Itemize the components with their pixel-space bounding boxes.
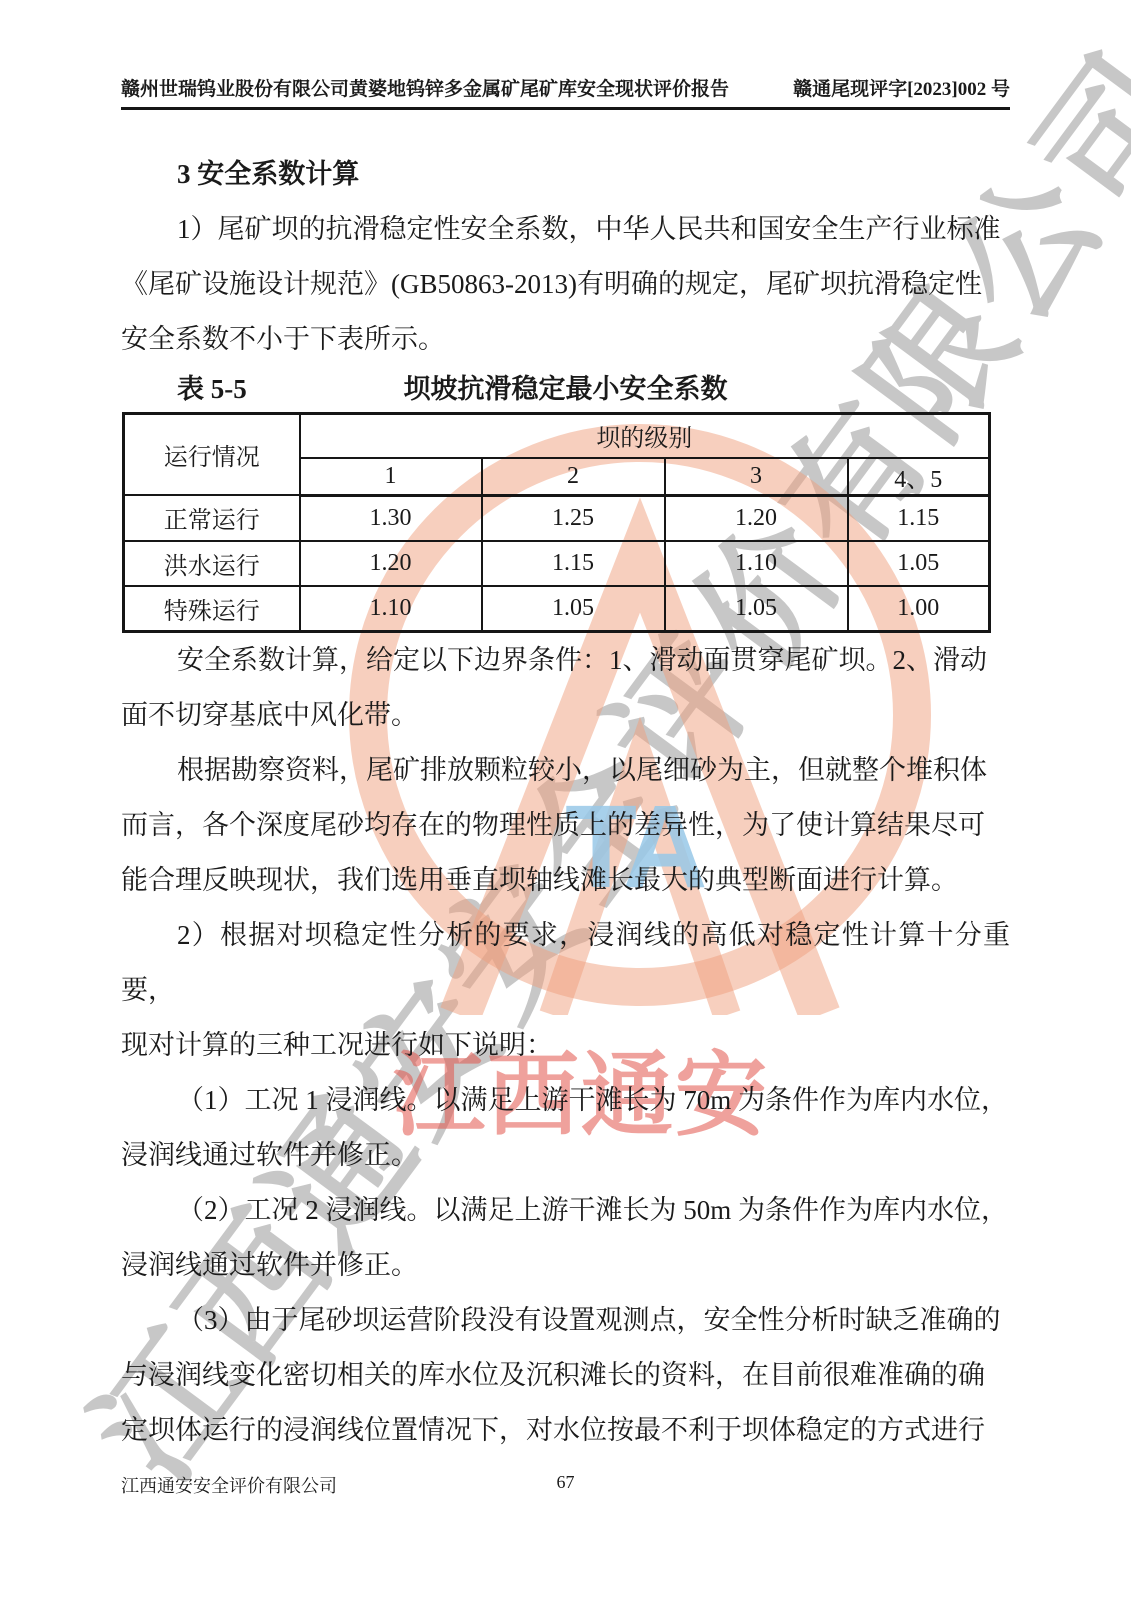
footer-company-name: 江西通安安全评价有限公司 xyxy=(121,1472,337,1498)
paragraph-3: 根据勘察资料，尾矿排放颗粒较小，以尾细砂为主，但就整个堆积体 而言，各个深度尾砂… xyxy=(121,743,1010,908)
header-document-code: 赣通尾现评字[2023]002 号 xyxy=(793,74,1010,101)
table-group-header: 坝的级别 xyxy=(300,414,990,458)
cell-value: 1.05 xyxy=(482,586,665,632)
paragraph-7: （3）由于尾砂坝运营阶段没有设置观测点，安全性分析时缺乏准确的 与浸润线变化密切… xyxy=(121,1293,1010,1458)
table-row: 洪水运行 1.20 1.15 1.10 1.05 xyxy=(124,541,990,586)
cell-value: 1.15 xyxy=(848,495,990,541)
cell-value: 1.05 xyxy=(848,541,990,586)
row-label: 特殊运行 xyxy=(124,586,300,632)
table-col-header: 4、5 xyxy=(848,458,990,496)
paragraph-4: 2）根据对坝稳定性分析的要求，浸润线的高低对稳定性计算十分重要， 现对计算的三种… xyxy=(121,908,1010,1073)
row-label: 正常运行 xyxy=(124,495,300,541)
cell-value: 1.25 xyxy=(482,495,665,541)
cell-value: 1.10 xyxy=(300,586,482,632)
page-header: 赣州世瑞钨业股份有限公司黄婆地钨锌多金属矿尾矿库安全现状评价报告 赣通尾现评字[… xyxy=(121,74,1010,110)
page-body: 3 安全系数计算 1）尾矿坝的抗滑稳定性安全系数，中华人民共和国安全生产行业标准… xyxy=(121,111,1010,1458)
table-corner-header: 运行情况 xyxy=(124,414,300,496)
page-footer: 江西通安安全评价有限公司 67 xyxy=(121,1472,1010,1493)
paragraph-2: 安全系数计算，给定以下边界条件：1、滑动面贯穿尾矿坝。2、滑动 面不切穿基底中风… xyxy=(121,633,1010,743)
table-col-header: 2 xyxy=(482,458,665,496)
cell-value: 1.00 xyxy=(848,586,990,632)
paragraph-1: 1）尾矿坝的抗滑稳定性安全系数，中华人民共和国安全生产行业标准 《尾矿设施设计规… xyxy=(121,202,1010,367)
header-report-title: 赣州世瑞钨业股份有限公司黄婆地钨锌多金属矿尾矿库安全现状评价报告 xyxy=(121,74,729,101)
paragraph-5: （1）工况 1 浸润线。以满足上游干滩长为 70m 为条件作为库内水位， 浸润线… xyxy=(121,1073,1010,1183)
table-caption-title: 坝坡抗滑稳定最小安全系数 xyxy=(121,367,1010,412)
document-page: 江西通安安全评价有限公司 TA 江西通安 赣州世瑞钨业股份有限公司黄婆地钨锌多金… xyxy=(0,0,1131,1600)
safety-factor-table: 运行情况 坝的级别 1 2 3 4、5 正常运行 1.30 1.25 1.20 … xyxy=(122,412,991,633)
table-col-header: 1 xyxy=(300,458,482,496)
table-col-header: 3 xyxy=(665,458,848,496)
section-heading: 3 安全系数计算 xyxy=(121,147,1010,202)
table-caption-label: 表 5-5 xyxy=(177,367,247,412)
paragraph-6: （2）工况 2 浸润线。以满足上游干滩长为 50m 为条件作为库内水位， 浸润线… xyxy=(121,1183,1010,1293)
row-label: 洪水运行 xyxy=(124,541,300,586)
table-row: 正常运行 1.30 1.25 1.20 1.15 xyxy=(124,495,990,541)
table-row: 特殊运行 1.10 1.05 1.05 1.00 xyxy=(124,586,990,632)
cell-value: 1.15 xyxy=(482,541,665,586)
cell-value: 1.05 xyxy=(665,586,848,632)
table-caption: 表 5-5 坝坡抗滑稳定最小安全系数 xyxy=(121,367,1010,412)
cell-value: 1.30 xyxy=(300,495,482,541)
cell-value: 1.10 xyxy=(665,541,848,586)
cell-value: 1.20 xyxy=(300,541,482,586)
cell-value: 1.20 xyxy=(665,495,848,541)
